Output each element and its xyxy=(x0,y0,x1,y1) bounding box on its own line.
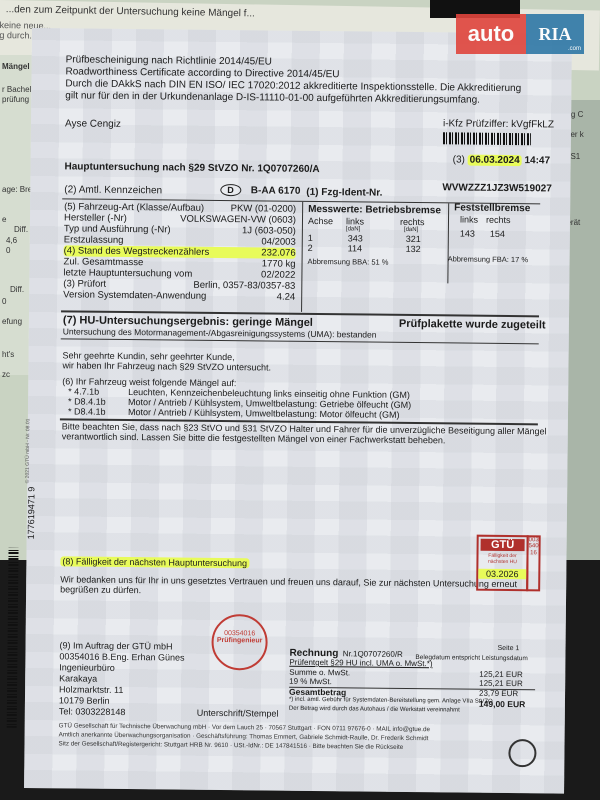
inspection-date: (3) 06.03.2024 14:47 xyxy=(453,154,551,166)
vehicle-field-label: Hersteller (-Nr) xyxy=(64,212,127,224)
axle-1: 1 xyxy=(308,233,313,243)
divider xyxy=(301,202,303,312)
background-text: Diff. xyxy=(10,285,24,294)
header-line-1: Prüfbescheinigung nach Richtlinie 2014/4… xyxy=(66,54,272,67)
invoice-row-value: 125,21 EUR xyxy=(479,679,523,688)
examiner-line: Tel: 0303228148 xyxy=(59,706,184,718)
vin: WVWZZZ1JZ3W519027 xyxy=(442,182,552,194)
invoice-item: Prüfentgelt §29 HU incl. UMA o. MwSt.*) xyxy=(289,658,432,668)
vehicle-field-value: Berlin, 0357-83/0357-83 xyxy=(193,280,295,292)
plate-number: B-AA 6170 xyxy=(251,185,301,197)
unit: [daN] xyxy=(404,227,418,233)
parking-left-header: links xyxy=(460,214,478,224)
axle-2-right: 132 xyxy=(406,244,421,254)
defect-code: * D8.4.1b xyxy=(68,406,128,417)
parking-brake-title: Feststellbremse xyxy=(454,202,530,214)
vehicle-field-value: 4.24 xyxy=(277,292,296,303)
vehicle-field-label: Zul. Gesamtmasse xyxy=(63,256,143,268)
invoice-footnote: *) incl. amtl. Gebühr für Systemdaten-Be… xyxy=(289,697,493,705)
date-label: (3) xyxy=(453,154,465,165)
time-value: 14:47 xyxy=(524,155,550,166)
plate: DB-AA 6170 xyxy=(220,184,300,197)
unit: [daN] xyxy=(346,226,360,232)
plate-label: (2) Amtl. Kennzeichen xyxy=(64,184,162,196)
right-header: rechts xyxy=(400,217,425,227)
pruefziffer-label: i-Kfz Prüfziffer: xyxy=(443,118,509,130)
vehicle-field-value: 04/2003 xyxy=(261,236,295,247)
background-text: ...den zum Zeitpunkt der Untersuchung ke… xyxy=(6,4,255,19)
vehicle-field-value: 02/2022 xyxy=(261,269,295,280)
vehicle-field-value: PKW (01-0200) xyxy=(231,203,297,215)
background-text: efung xyxy=(2,317,22,326)
background-text: zc xyxy=(2,370,10,379)
axle-2-left: 114 xyxy=(348,243,362,253)
background-text: 0 xyxy=(2,297,6,306)
defect-code: * 4.7.1b xyxy=(68,386,128,397)
invoice-page: Seite 1 xyxy=(497,645,519,652)
stamp-date: 03.2026 xyxy=(478,569,526,580)
inspection-certificate: Prüfbescheinigung nach Richtlinie 2014/4… xyxy=(24,28,572,794)
side-serial: 177619471 9 xyxy=(26,487,37,540)
side-copyright: © 2021 GTÜ mbH - Nr. 08.01 xyxy=(25,419,32,484)
next-inspection-stamp: GTÜ Fälligkeit der nächsten HU 03.2026 xyxy=(476,535,529,592)
defects-list: * 4.7.1bLeuchten, Kennzeichenbeleuchtung… xyxy=(68,386,411,420)
service-braking: Abbremsung BBA: 51 % xyxy=(308,257,389,267)
watermark-ria-text: RIA xyxy=(538,24,571,45)
watermark-suffix: .com xyxy=(568,46,581,52)
watermark-auto: auto xyxy=(456,14,526,54)
background-text: 4,6 xyxy=(6,236,17,245)
background-text: 0 xyxy=(6,246,10,255)
uma-result: Untersuchung des Motormanagement-/Abgasr… xyxy=(63,326,377,339)
divider xyxy=(447,203,449,283)
autoria-watermark: auto RIA.com xyxy=(456,14,586,54)
vehicle-fields: (5) Fahrzeug-Art (Klasse/Aufbau)PKW (01-… xyxy=(63,201,296,302)
next-inspection-label: (8) Fälligkeit der nächsten Hauptuntersu… xyxy=(60,556,249,568)
invoice-row-value: 23,79 EUR xyxy=(479,689,518,698)
vehicle-field-value: 1770 kg xyxy=(262,258,296,269)
parking-left: 143 xyxy=(460,228,475,238)
watermark-ria: RIA.com xyxy=(526,14,584,54)
barcode xyxy=(443,132,531,145)
stamp-brand: GTÜ xyxy=(481,539,525,551)
service-brake-title: Messwerte: Betriebsbremse xyxy=(308,204,441,216)
signature-label: Unterschrift/Stempel xyxy=(197,708,279,719)
customer-name: Ayse Cengiz xyxy=(65,118,121,130)
divider xyxy=(61,338,539,344)
parking-braking: Abbremsung FBA: 17 % xyxy=(448,254,529,264)
invoice-row-label: Gesamtbetrag xyxy=(289,687,346,698)
round-stamp-text: Prüfingenieur xyxy=(214,637,266,645)
background-text: ht's xyxy=(2,350,14,359)
invoice-footnote: Der Betrag wird durch das Autohaus / die… xyxy=(289,706,460,714)
pruefziffer: i-Kfz Prüfziffer: kVgfFkLZ xyxy=(443,118,554,130)
examiner-round-stamp: 00354016 Prüfingenieur xyxy=(211,614,268,671)
vehicle-field-value: VOLKSWAGEN-VW (0603) xyxy=(180,214,296,226)
vehicle-field-label: (3) Prüfort xyxy=(63,278,106,289)
parking-right-header: rechts xyxy=(486,215,511,225)
stamp-id: 00354016 xyxy=(526,535,541,591)
background-text: Diff. xyxy=(14,225,28,234)
axle-2: 2 xyxy=(308,243,313,253)
axle-header: Achse xyxy=(308,216,333,226)
parking-right: 154 xyxy=(490,229,505,239)
date-value: 06.03.2024 xyxy=(468,155,522,167)
invoice-total: 149,00 EUR xyxy=(479,699,525,709)
defect-text: Motor / Antrieb / Kühlsystem, Umweltbela… xyxy=(128,407,400,420)
invoice-row-value: 125,21 EUR xyxy=(479,670,523,679)
stamp-caption: Fälligkeit der nächsten HU xyxy=(478,553,526,566)
footer-line: Sitz der Gesellschaft/Registergericht: S… xyxy=(58,740,403,751)
result-badge: Prüfplakette wurde zugeteilt xyxy=(399,318,546,332)
background-text: Mängel xyxy=(2,62,30,71)
examiner-block: (9) Im Auftrag der GTÜ mbH 00354016 B.En… xyxy=(59,640,185,718)
thanks: begrüßen zu dürfen. xyxy=(60,584,141,595)
vin-label: (1) Fzg-Ident-Nr. xyxy=(306,187,382,199)
defect-code: * D8.4.1b xyxy=(68,396,128,407)
pruefziffer-value: kVgfFkLZ xyxy=(511,119,554,130)
vehicle-field-label: Version Systemdaten-Anwendung xyxy=(63,289,206,301)
vehicle-field-value: 1J (603-050) xyxy=(242,225,296,237)
gtu-wheel-logo-icon xyxy=(508,739,536,767)
left-header: links xyxy=(346,216,364,226)
country-code: D xyxy=(220,184,241,196)
inspection-title: Hauptuntersuchung nach §29 StVZO Nr. 1Q0… xyxy=(64,161,319,175)
invoice-row-label: 19 % MwSt. xyxy=(289,677,332,686)
side-barcode xyxy=(7,548,19,728)
greeting: wir haben Ihr Fahrzeug nach §29 StVZO un… xyxy=(62,360,271,372)
axle-1-right: 321 xyxy=(406,234,421,244)
vehicle-field-label: Erstzulassung xyxy=(64,234,124,246)
vehicle-field-value: 232.076 xyxy=(261,247,295,258)
axle-1-left: 343 xyxy=(348,233,363,243)
next-inspection-label-text: (8) Fälligkeit der nächsten Hauptuntersu… xyxy=(60,556,249,568)
background-text: e xyxy=(2,215,6,224)
